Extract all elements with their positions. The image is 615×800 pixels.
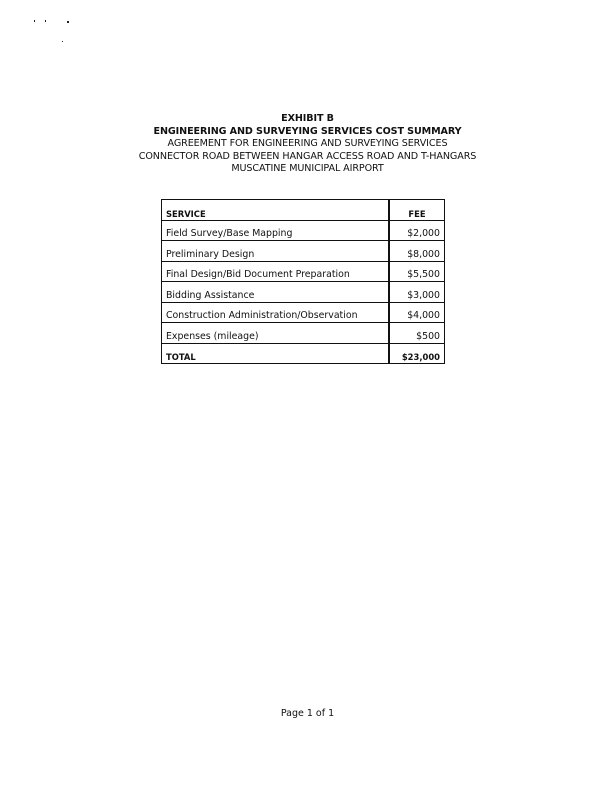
table-row: Bidding Assistance $3,000: [162, 282, 445, 303]
service-cell: Expenses (mileage): [162, 323, 390, 344]
total-label: TOTAL: [162, 343, 390, 364]
location-line: MUSCATINE MUNICIPAL AIRPORT: [0, 163, 615, 176]
page-number: Page 1 of 1: [0, 708, 615, 719]
agreement-line: AGREEMENT FOR ENGINEERING AND SURVEYING …: [0, 138, 615, 151]
fee-cell: $5,500: [389, 261, 445, 282]
table-row: Construction Administration/Observation …: [162, 302, 445, 323]
scan-speck: [34, 20, 35, 22]
service-cell: Preliminary Design: [162, 241, 390, 262]
table-row: Expenses (mileage) $500: [162, 323, 445, 344]
service-cell: Final Design/Bid Document Preparation: [162, 261, 390, 282]
fee-cell: $3,000: [389, 282, 445, 303]
project-line: CONNECTOR ROAD BETWEEN HANGAR ACCESS ROA…: [0, 151, 615, 164]
cost-summary-table: SERVICE FEE Field Survey/Base Mapping $2…: [161, 199, 445, 364]
fee-cell: $500: [389, 323, 445, 344]
service-cell: Construction Administration/Observation: [162, 302, 390, 323]
fee-cell: $8,000: [389, 241, 445, 262]
table-row: Preliminary Design $8,000: [162, 241, 445, 262]
scan-speck: [67, 21, 69, 23]
service-cell: Bidding Assistance: [162, 282, 390, 303]
document-title: ENGINEERING AND SURVEYING SERVICES COST …: [0, 126, 615, 139]
service-cell: Field Survey/Base Mapping: [162, 220, 390, 241]
total-fee: $23,000: [389, 343, 445, 364]
scan-speck: [45, 20, 46, 22]
document-header: EXHIBIT B ENGINEERING AND SURVEYING SERV…: [0, 113, 615, 176]
fee-cell: $2,000: [389, 220, 445, 241]
table-row: Final Design/Bid Document Preparation $5…: [162, 261, 445, 282]
scan-speck: [62, 41, 63, 42]
table-row: Field Survey/Base Mapping $2,000: [162, 220, 445, 241]
total-row: TOTAL $23,000: [162, 343, 445, 364]
exhibit-label: EXHIBIT B: [0, 113, 615, 126]
fee-cell: $4,000: [389, 302, 445, 323]
column-header-service: SERVICE: [162, 200, 390, 221]
column-header-fee: FEE: [389, 200, 445, 221]
table-header-row: SERVICE FEE: [162, 200, 445, 221]
